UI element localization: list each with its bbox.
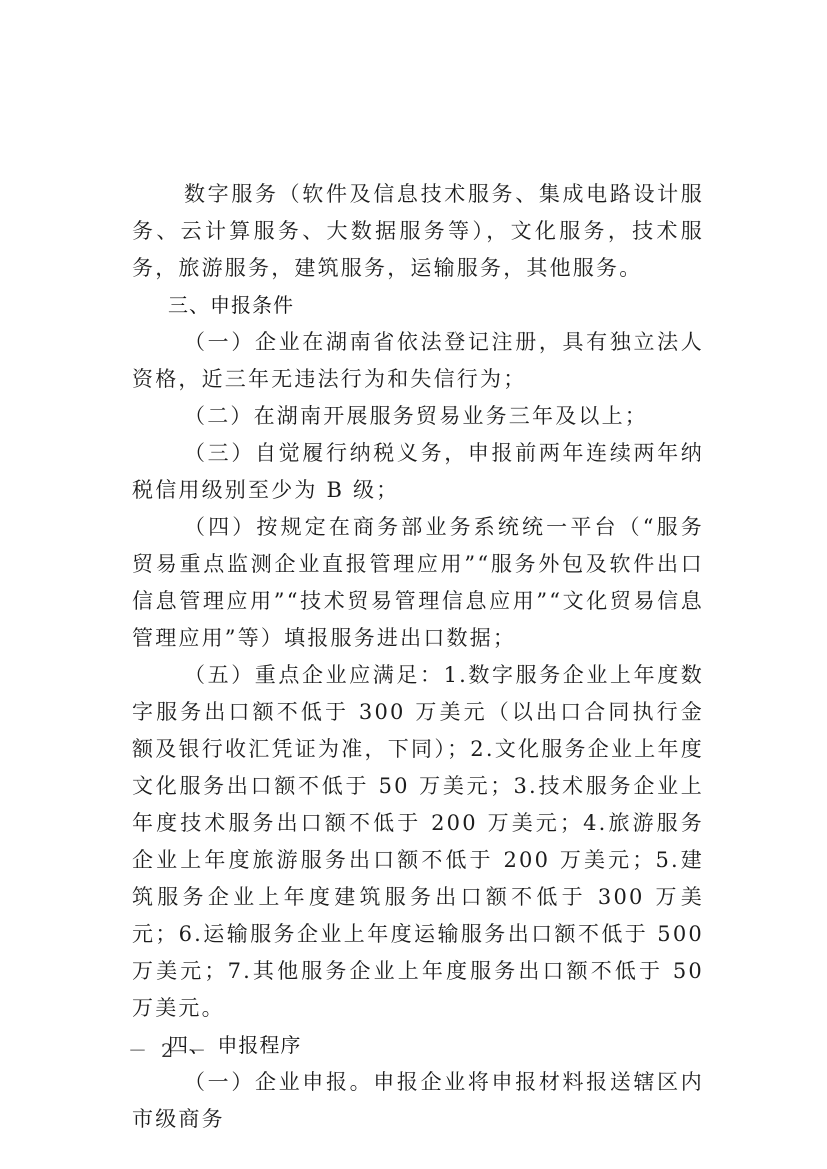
page-body: 数字服务（软件及信息技术服务、集成电路设计服务、云计算服务、大数据服务等），文化… — [132, 176, 704, 1138]
page-number: － 2 － — [128, 1036, 210, 1063]
condition-5-export-thresholds: （五）重点企业应满足：1.数字服务企业上年度数字服务出口额不低于 300 万美元… — [132, 657, 704, 1027]
procedure-1-enterprise-application: （一）企业申报。申报企业将申报材料报送辖区内市级商务 — [132, 1064, 704, 1138]
section-heading-application-conditions: 三、申报条件 — [132, 287, 704, 324]
section-heading-application-procedure: 四、 申报程序 — [132, 1027, 704, 1064]
condition-2-experience: （二）在湖南开展服务贸易业务三年及以上； — [132, 398, 704, 435]
paragraph-service-categories: 数字服务（软件及信息技术服务、集成电路设计服务、云计算服务、大数据服务等），文化… — [132, 176, 704, 287]
condition-1-registration: （一）企业在湖南省依法登记注册，具有独立法人资格，近三年无违法行为和失信行为； — [132, 324, 704, 398]
condition-3-tax-credit: （三）自觉履行纳税义务，申报前两年连续两年纳税信用级别至少为 B 级； — [132, 435, 704, 509]
document-page: 数字服务（软件及信息技术服务、集成电路设计服务、云计算服务、大数据服务等），文化… — [0, 0, 827, 1169]
condition-4-data-reporting: （四）按规定在商务部业务系统统一平台（“服务贸易重点监测企业直报管理应用”“服务… — [132, 509, 704, 657]
